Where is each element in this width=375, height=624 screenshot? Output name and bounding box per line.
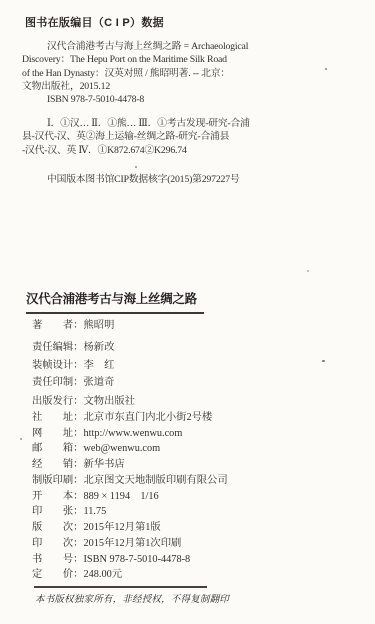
copyright-notice: 本书版权独家所有，非经授权，不得复制翻印 [35,591,229,605]
cip-record-line: ISBN 978-7-5010-4478-8 [22,93,248,106]
field-label: 开 本： [32,491,83,502]
cip-record-line: Discovery：The Hepu Port on the Maritime … [22,53,248,66]
publication-block: 出版发行：文物出版社 社 址：北京市东直门内北小街2号楼 网 址：http://… [32,394,228,583]
field-label: 出版发行： [32,396,83,407]
field-label: 邮 箱： [32,443,83,454]
field-value: 248.00元 [83,569,122,580]
publication-row: 定 价：248.00元 [32,567,228,583]
scan-speck [322,360,325,362]
publication-row: 经 销：新华书店 [32,457,228,473]
classification-line: Ⅰ．①汉… Ⅱ．①熊… Ⅲ．①考古发现-研究-合浦 [22,117,250,130]
book-title: 汉代合浦港考古与海上丝绸之路 [26,289,197,307]
staff-block: 责任编辑：杨新改 装帧设计：李 红 责任印制：张道奇 [32,339,114,392]
field-value: 杨新改 [83,342,114,353]
field-label: 经 销： [32,459,83,470]
field-label: 责任编辑： [32,342,83,353]
staff-row: 责任编辑：杨新改 [32,339,114,357]
publication-row: 书 号：ISBN 978-7-5010-4478-8 [32,552,228,568]
field-label: 著 者： [32,320,83,331]
publication-row: 制版印刷：北京图文天地制版印刷有限公司 [32,473,228,489]
staff-row: 责任印制：张道奇 [32,374,114,392]
field-label: 印 次： [32,538,83,549]
field-value: 李 红 [83,360,114,371]
field-value: http://www.wenwu.com [83,428,182,439]
scan-speck [307,270,309,272]
publication-row: 网 址：http://www.wenwu.com [32,426,228,442]
book-copyright-page: 图书在版编目（C I P）数据 汉代合浦港考古与海上丝绸之路 = Archaeo… [0,0,375,624]
publication-row: 印 次：2015年12月第1次印刷 [32,536,228,552]
field-label: 制版印刷： [32,475,83,486]
field-value: ISBN 978-7-5010-4478-8 [83,554,190,565]
field-label: 书 号： [32,554,83,565]
copyright-divider [34,586,207,588]
scan-speck [325,68,327,70]
cip-record-line: of the Han Dynasty：汉英对照 / 熊昭明著. -- 北京： [22,67,248,80]
field-value: 2015年12月第1版 [83,522,160,533]
field-value: 2015年12月第1次印刷 [83,538,181,549]
author-row: 著 者：熊昭明 [32,316,114,331]
cip-record-line: 文物出版社，2015.12 [22,80,248,93]
publication-row: 邮 箱：web@wenwu.com [32,441,228,457]
field-label: 定 价： [32,569,83,580]
publication-row: 版 次：2015年12月第1版 [32,520,228,536]
field-label: 责任印制： [32,377,83,388]
classification-line: -汉代-汉、英 Ⅳ．①K872.674②K296.74 [22,144,250,157]
field-label: 装帧设计： [32,360,83,371]
field-label: 网 址： [32,428,83,439]
field-label: 社 址： [32,412,83,423]
staff-row: 装帧设计：李 红 [32,357,114,375]
scan-speck [135,166,137,168]
cip-record-line: 汉代合浦港考古与海上丝绸之路 = Archaeological [22,40,248,53]
field-value: 889 × 1194 1/16 [83,491,158,502]
publication-row: 社 址：北京市东直门内北小街2号楼 [32,410,228,426]
field-value: 新华书店 [83,459,124,470]
field-value: 北京图文天地制版印刷有限公司 [83,475,227,486]
field-value: 文物出版社 [83,396,134,407]
cip-header: 图书在版编目（C I P）数据 [25,14,164,30]
cip-record-number: 中国版本图书馆CIP数据核字(2015)第297227号 [47,171,240,185]
field-value: 北京市东直门内北小街2号楼 [83,412,212,423]
scan-speck [20,438,22,440]
field-value: web@wenwu.com [83,443,160,454]
title-divider [26,312,204,314]
publication-row: 开 本：889 × 1194 1/16 [32,489,228,505]
publication-row: 印 张：11.75 [32,504,228,520]
publication-row: 出版发行：文物出版社 [32,394,228,410]
field-value: 张道奇 [83,377,114,388]
field-value: 熊昭明 [83,320,114,331]
field-value: 11.75 [83,506,106,517]
field-label: 印 张： [32,506,83,517]
cip-classification: Ⅰ．①汉… Ⅱ．①熊… Ⅲ．①考古发现-研究-合浦 县-汉代-汉、英②海上运输-… [22,117,250,157]
field-label: 版 次： [32,522,83,533]
classification-line: 县-汉代-汉、英②海上运输-丝绸之路-研究-合浦县 [22,130,250,143]
cip-record: 汉代合浦港考古与海上丝绸之路 = Archaeological Discover… [22,40,248,106]
